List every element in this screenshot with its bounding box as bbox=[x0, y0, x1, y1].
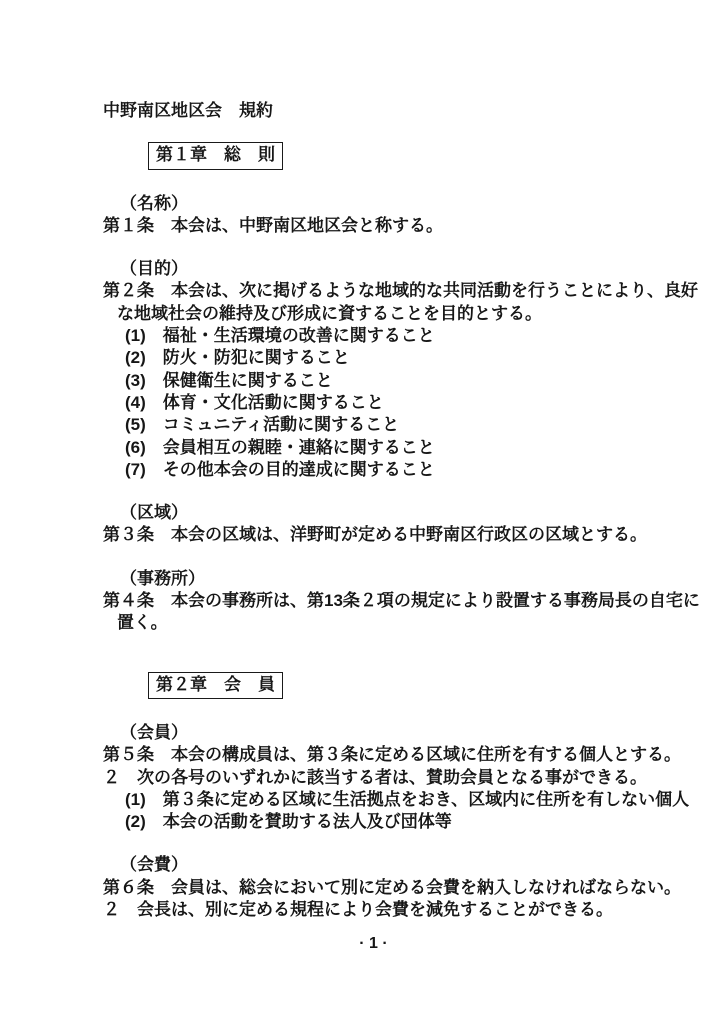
article-2-text: 第２条 本会は、次に掲げるような地域的な共同活動を行うことにより、良好 bbox=[103, 280, 644, 302]
article-3-caption: （区域） bbox=[103, 502, 644, 524]
article-6-caption: （会費） bbox=[103, 854, 644, 876]
document-page: 中野南区地区会 規約 第１章 総 則 （名称） 第１条 本会は、中野南区地区会と… bbox=[0, 0, 724, 1024]
article-5-caption: （会員） bbox=[103, 722, 644, 744]
article-2-item-7: (7) その他本会の目的達成に関すること bbox=[103, 459, 644, 481]
article-6-paragraph-2: ２ 会長は、別に定める規程により会費を減免することができる。 bbox=[103, 899, 644, 921]
article-2-item-5: (5) コミュニティ活動に関すること bbox=[103, 414, 644, 436]
article-4-caption: （事務所） bbox=[103, 568, 644, 590]
article-4-text: 第４条 本会の事務所は、第13条２項の規定により設置する事務局長の自宅に bbox=[103, 590, 644, 612]
article-4-text-continued: 置く。 bbox=[103, 612, 644, 634]
article-2-item-4: (4) 体育・文化活動に関すること bbox=[103, 392, 644, 414]
article-5-item-1: (1) 第３条に定める区域に生活拠点をおき、区域内に住所を有しない個人 bbox=[103, 789, 644, 811]
article-2-item-3: (3) 保健衛生に関すること bbox=[103, 370, 644, 392]
chapter-2-heading: 第２章 会 員 bbox=[148, 672, 283, 699]
article-5-text: 第５条 本会の構成員は、第３条に定める区域に住所を有する個人とする。 bbox=[103, 744, 644, 766]
chapter-1-heading-row: 第１章 総 則 bbox=[103, 142, 644, 169]
article-2-item-2: (2) 防火・防犯に関すること bbox=[103, 347, 644, 369]
document-title: 中野南区地区会 規約 bbox=[103, 100, 644, 122]
chapter-2-heading-row: 第２章 会 員 bbox=[103, 672, 644, 699]
article-1-caption: （名称） bbox=[103, 193, 644, 215]
article-1-text: 第１条 本会は、中野南区地区会と称する。 bbox=[103, 215, 644, 237]
article-6-text: 第６条 会員は、総会において別に定める会費を納入しなければならない。 bbox=[103, 877, 644, 899]
article-2-item-1: (1) 福祉・生活環境の改善に関すること bbox=[103, 325, 644, 347]
article-3-text: 第３条 本会の区域は、洋野町が定める中野南区行政区の区域とする。 bbox=[103, 524, 644, 546]
article-5-paragraph-2: ２ 次の各号のいずれかに該当する者は、賛助会員となる事ができる。 bbox=[103, 767, 644, 789]
chapter-1-heading: 第１章 総 則 bbox=[148, 142, 283, 169]
article-2-text-continued: な地域社会の維持及び形成に資することを目的とする。 bbox=[103, 303, 644, 325]
page-number: · 1 · bbox=[103, 933, 644, 955]
article-2-caption: （目的） bbox=[103, 258, 644, 280]
article-5-item-2: (2) 本会の活動を賛助する法人及び団体等 bbox=[103, 811, 644, 833]
article-2-item-6: (6) 会員相互の親睦・連絡に関すること bbox=[103, 437, 644, 459]
